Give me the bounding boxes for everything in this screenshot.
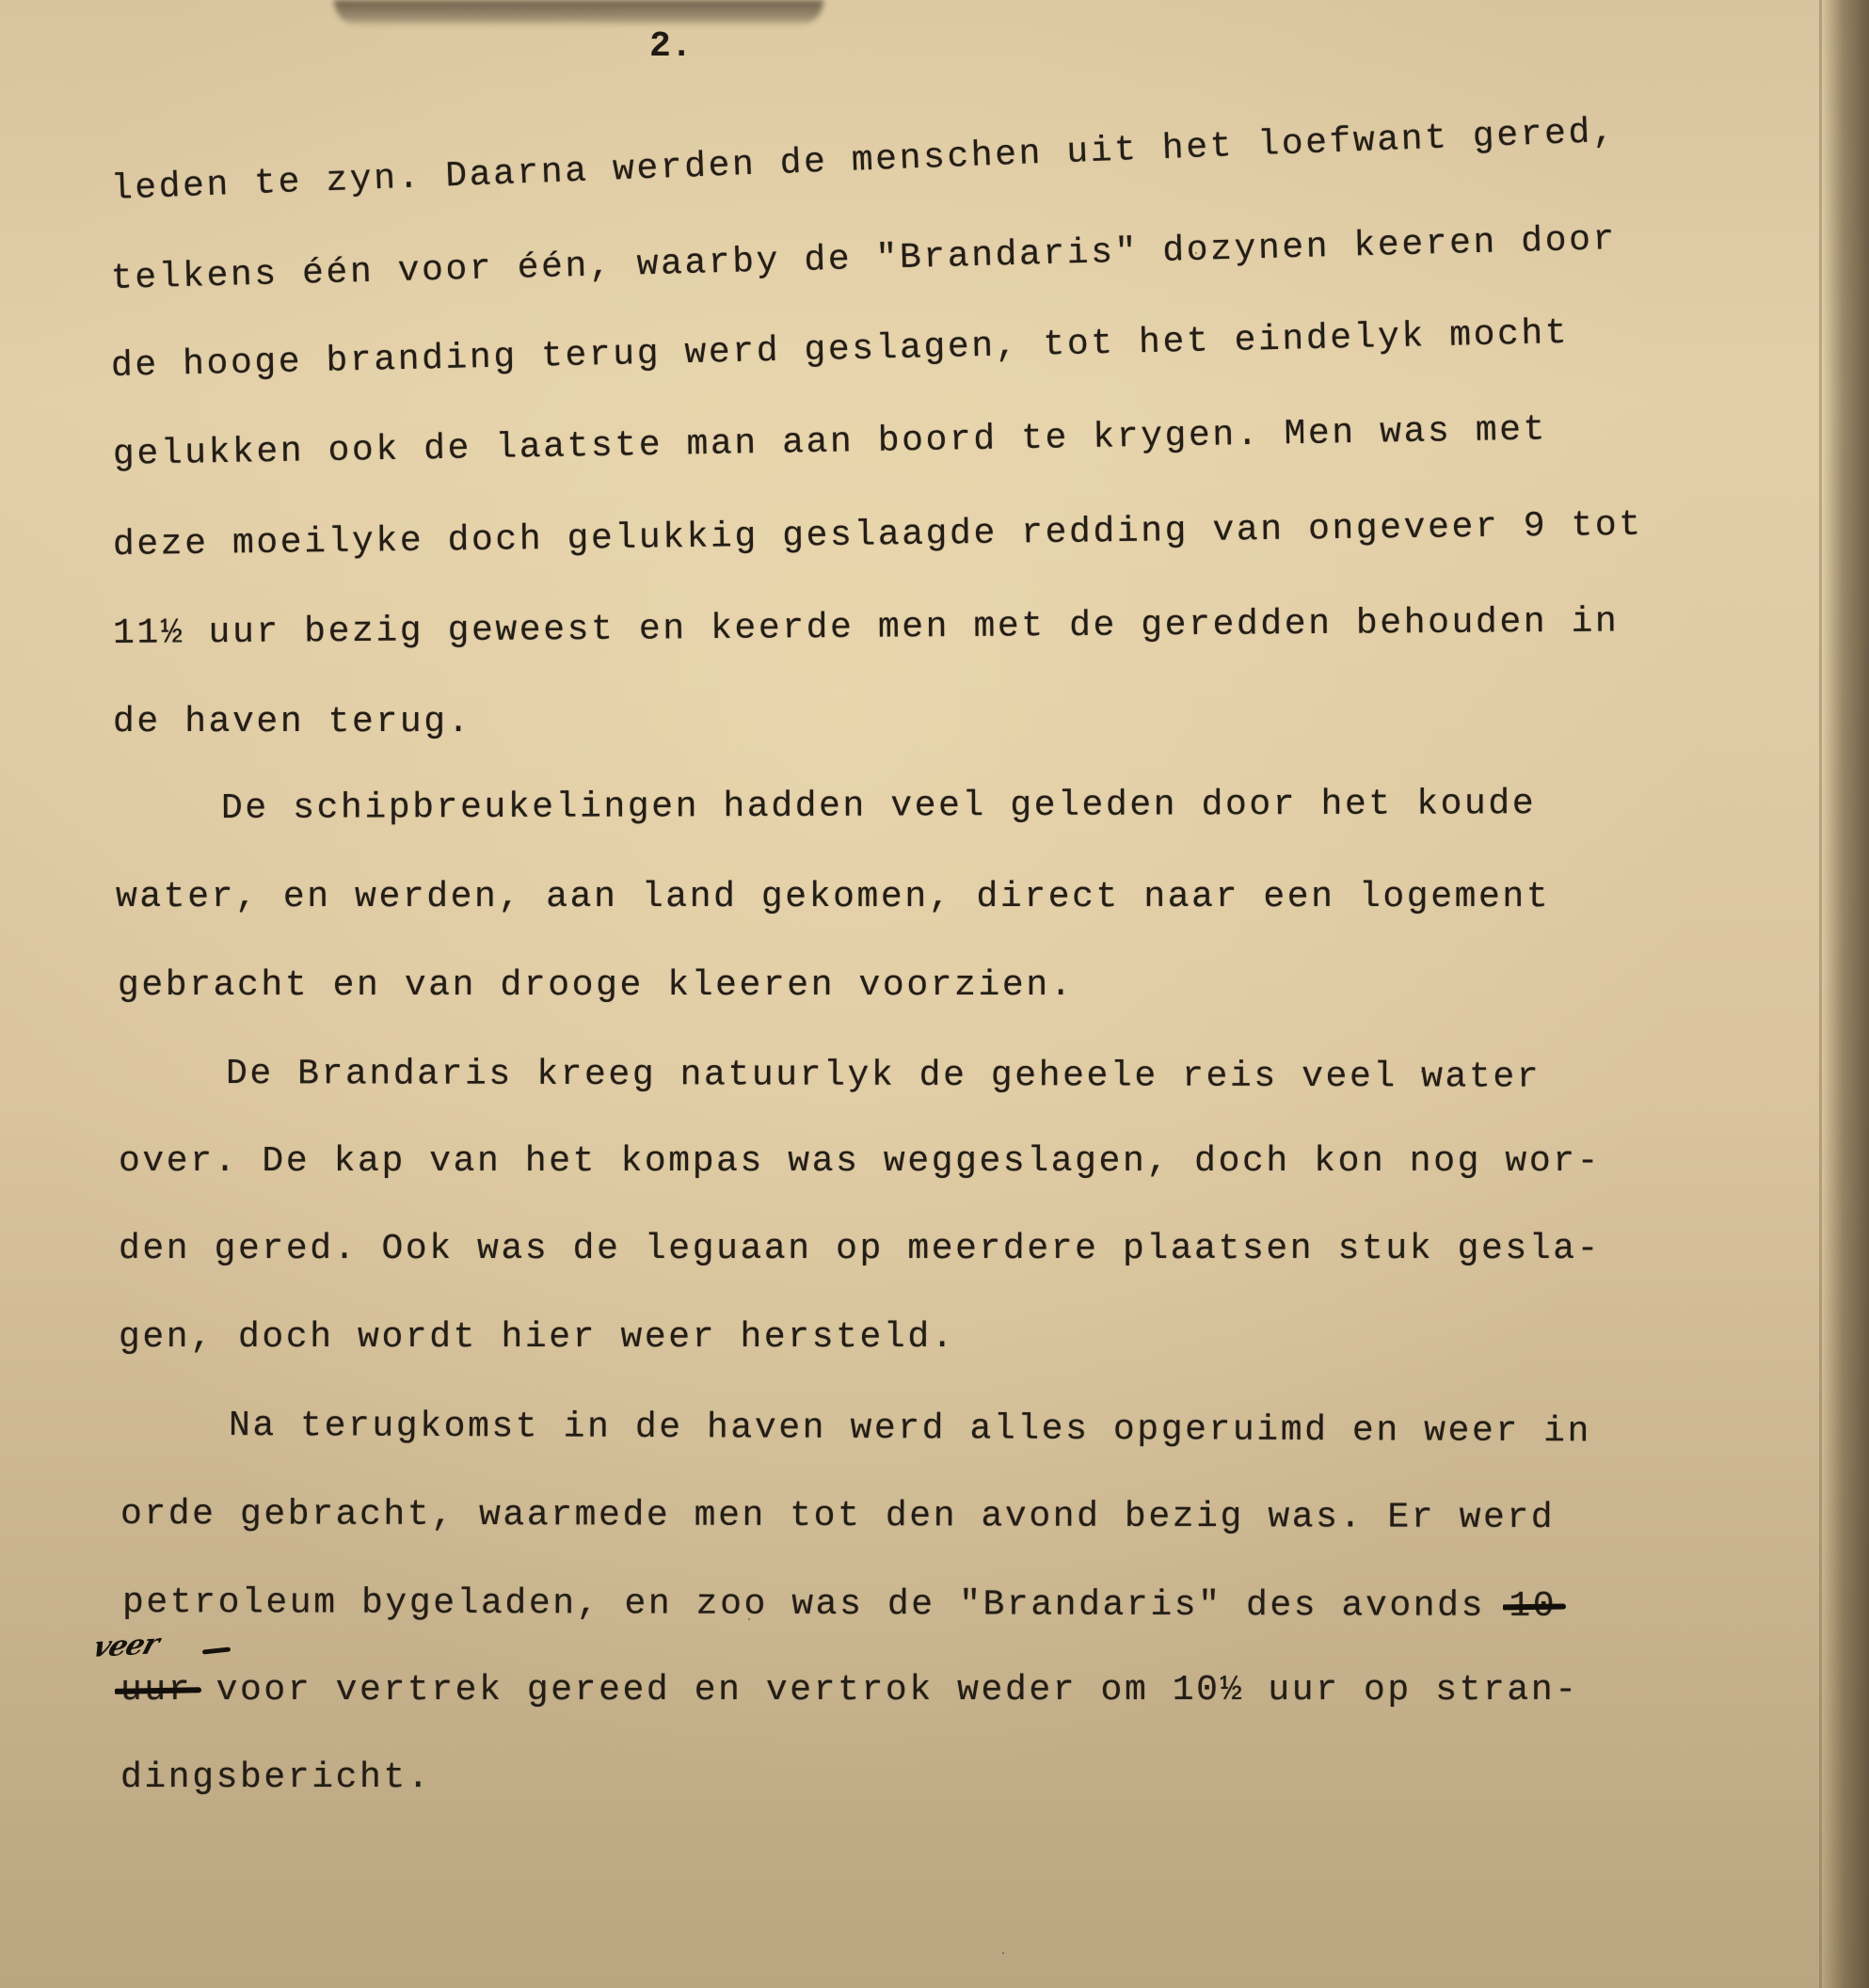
text-line: leden te zyn. Daarna werden de menschen … — [110, 112, 1617, 210]
text-line-with-correction: petroleum bygeladen, en zoo was de "Bran… — [122, 1582, 1557, 1627]
handwriting-stroke — [202, 1646, 231, 1654]
struck-text: 10 — [1509, 1586, 1557, 1627]
text-line: water, en werden, aan land gekomen, dire… — [116, 877, 1550, 917]
text-line: den gered. Ook was de leguaan op meerder… — [119, 1229, 1601, 1269]
text-line-with-correction: uur voor vertrek gereed en vertrok weder… — [120, 1670, 1579, 1710]
text-line: over. De kap van het kompas was weggesla… — [119, 1141, 1601, 1182]
text-line: gebracht en van drooge kleeren voorzien. — [118, 965, 1074, 1006]
text-line: telkens één voor één, waarby de "Brandar… — [110, 219, 1617, 299]
paper-clip-shadow — [334, 0, 823, 26]
paper-speck — [1195, 252, 1197, 254]
text-line: gen, doch wordt hier weer hersteld. — [119, 1317, 955, 1358]
strikethrough-mark — [1503, 1603, 1566, 1610]
text-line: gelukken ook de laatste man aan boord te… — [113, 409, 1548, 475]
text-line: deze moeilyke doch gelukkig geslaagde re… — [113, 505, 1643, 565]
text-line-indented: De schipbreukelingen hadden veel geleden… — [221, 784, 1536, 829]
strikethrough-mark — [115, 1687, 201, 1694]
text-segment: voor vertrek gereed en vertrok weder om … — [192, 1670, 1578, 1710]
text-line: de hooge branding terug werd geslagen, t… — [111, 313, 1570, 387]
page-edge-shadow — [1822, 0, 1869, 1988]
text-segment: petroleum bygeladen, en zoo was de "Bran… — [122, 1582, 1510, 1627]
paper-speck — [1002, 1952, 1004, 1954]
typewritten-page: 2. leden te zyn. Daarna werden de mensch… — [0, 0, 1869, 1988]
text-line: 11½ uur bezig geweest en keerde men met … — [113, 601, 1620, 654]
text-line: orde gebracht, waarmede men tot den avon… — [120, 1494, 1555, 1538]
text-line: dingsbericht. — [120, 1757, 431, 1798]
text-line-indented: Na terugkomst in de haven werd alles opg… — [229, 1406, 1591, 1452]
page-number: 2. — [649, 26, 693, 67]
handwritten-correction: veer — [89, 1628, 163, 1664]
paper-speck — [748, 1618, 750, 1620]
text-line: de haven terug. — [113, 702, 471, 742]
text-line-indented: De Brandaris kreeg natuurlyk de geheele … — [226, 1054, 1541, 1098]
paper-speck — [1421, 1071, 1423, 1073]
struck-text: uur — [120, 1670, 192, 1710]
